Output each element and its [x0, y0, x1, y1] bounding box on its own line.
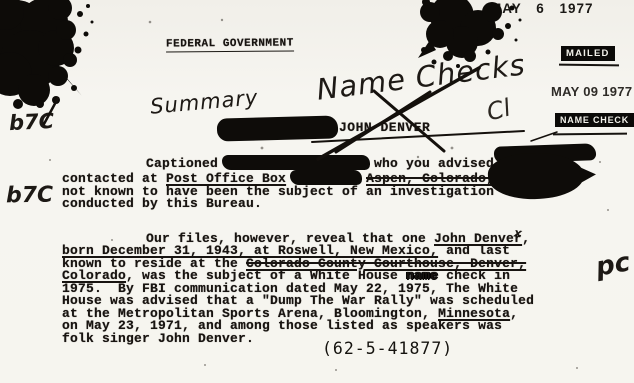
p2-text: ,	[510, 306, 518, 321]
p1-text: Captioned	[146, 156, 218, 171]
p1-text: conducted by this Bureau.	[62, 196, 262, 211]
received-date-stamp: MAY 6 1977	[490, 1, 594, 16]
subject-name: JOHN DENVER	[339, 120, 430, 135]
paragraph-2: Our files, however, reveal that one John…	[62, 233, 534, 345]
mailed-date-stamp: MAY 09 1977	[551, 84, 632, 99]
redaction-inline	[222, 155, 370, 170]
p2-line-9: folk singer John Denver.	[62, 333, 534, 345]
scanned-fbi-memo-page: FEDERAL GOVERNMENT MAY 6 1977 MAILED MAY…	[0, 0, 634, 383]
handwritten-initials: Cl	[484, 94, 514, 127]
mailed-stamp: MAILED	[561, 46, 615, 61]
redaction-bar-subject	[217, 115, 339, 141]
p1-line-4: conducted by this Bureau.	[62, 198, 494, 210]
name-check-stamp-underline	[553, 133, 627, 136]
exemption-code-b7c-upper: b7C	[8, 109, 54, 135]
exemption-code-b7c-lower: b7C	[6, 183, 54, 209]
p1-text: who you advised	[374, 156, 494, 171]
p2-text: folk singer John Denver.	[62, 331, 254, 346]
paragraph-1: Captionedwho you advised contacted at Po…	[62, 155, 494, 211]
mailed-stamp-underline	[559, 64, 619, 67]
p1-line-1: Captionedwho you advised	[62, 155, 494, 170]
p2-text: ,	[522, 231, 530, 246]
name-check-stamp: NAME CHECK	[555, 113, 634, 127]
handwritten-summary: Summary	[149, 85, 259, 118]
heading-federal-government: FEDERAL GOVERNMENT	[166, 37, 294, 52]
ink-blob-top-left	[0, 0, 94, 109]
handwritten-pc: pc	[594, 247, 633, 282]
file-number: (62-5-41877)	[322, 339, 453, 358]
